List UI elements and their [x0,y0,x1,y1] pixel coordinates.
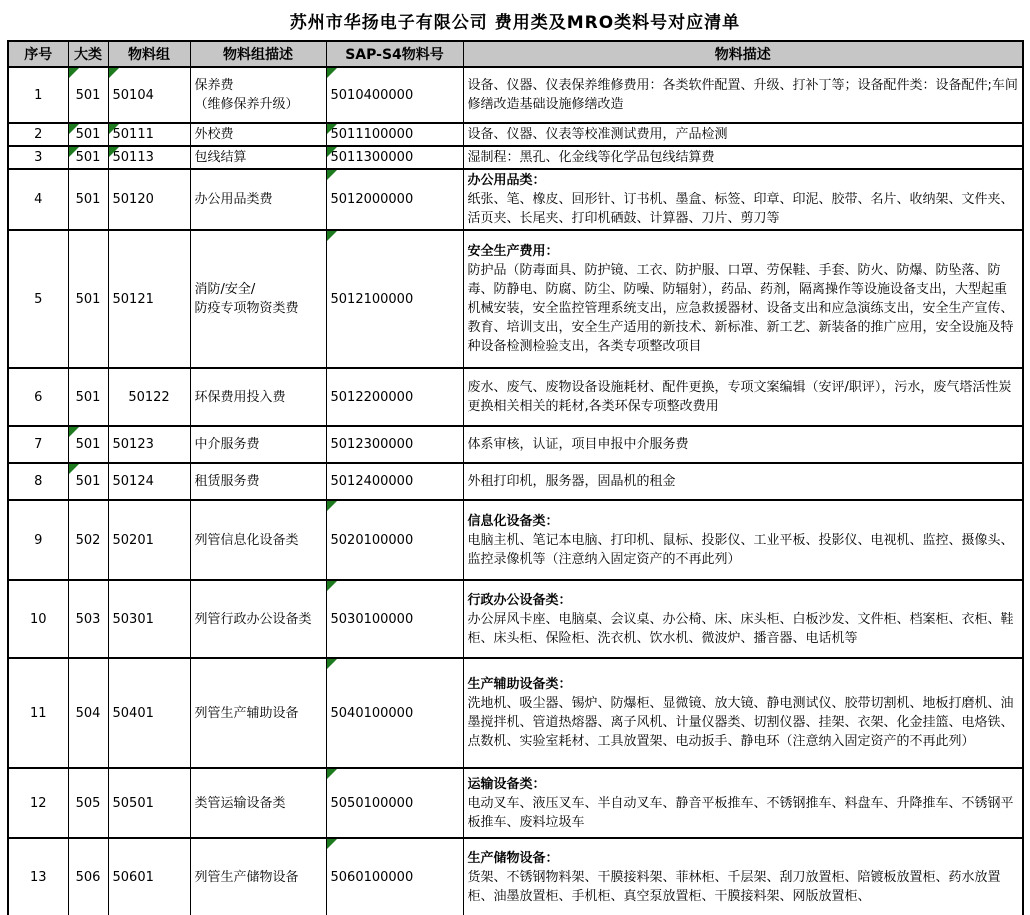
cell-sap-number[interactable]: 5060100000 [326,838,463,915]
cell-error-flag-icon [327,231,337,241]
cell-serial[interactable]: 6 [8,368,68,426]
material-desc-body: 办公屏风卡座、电脑桌、会议桌、办公椅、床、床头柜、白板沙发、文件柜、档案柜、衣柜… [468,610,1019,648]
cell-material-desc[interactable]: 湿制程：黑孔、化金线等化学品包线结算费 [463,146,1023,169]
cell-serial[interactable]: 8 [8,463,68,500]
cell-serial[interactable]: 13 [8,838,68,915]
cell-material-desc[interactable]: 生产储物设备：货架、不锈钢物料架、干膜接料架、菲林柜、千层架、刮刀放置柜、陪镀板… [463,838,1023,915]
material-desc-title: 安全生产费用： [468,242,1019,261]
cell-material-desc[interactable]: 设备、仪器、仪表保养维修费用：各类软件配置、升级、打补丁等；设备配件类：设备配件… [463,67,1023,123]
cell-sap-number[interactable]: 5011100000 [326,123,463,146]
cell-sap-number[interactable]: 5012100000 [326,230,463,368]
table-header-row: 序号 大类 物料组 物料组描述 SAP-S4物料号 物料描述 [8,41,1023,67]
table-row: 250150111外校费5011100000设备、仪器、仪表等校准测试费用，产品… [8,123,1023,146]
cell-group-desc[interactable]: 外校费 [190,123,326,146]
table-row: 550150121消防/安全/ 防疫专项物资类费5012100000安全生产费用… [8,230,1023,368]
col-header-serial: 序号 [8,41,68,67]
cell-group-desc[interactable]: 列管信息化设备类 [190,500,326,580]
cell-category[interactable]: 503 [68,580,108,658]
cell-sap-number[interactable]: 5012400000 [326,463,463,500]
cell-sap-number[interactable]: 5012300000 [326,426,463,463]
material-desc-body: 货架、不锈钢物料架、干膜接料架、菲林柜、千层架、刮刀放置柜、陪镀板放置柜、药水放… [468,868,1019,906]
cell-group-desc[interactable]: 办公用品类费 [190,169,326,230]
cell-sap-number[interactable]: 5012200000 [326,368,463,426]
table-row: 450150120办公用品类费5012000000办公用品类：纸张、笔、橡皮、回… [8,169,1023,230]
cell-sap-number[interactable]: 5020100000 [326,500,463,580]
cell-material-desc[interactable]: 安全生产费用：防护品（防毒面具、防护镜、工衣、防护服、口罩、劳保鞋、手套、防火、… [463,230,1023,368]
cell-serial[interactable]: 4 [8,169,68,230]
cell-group[interactable]: 50122 [108,368,190,426]
material-desc-body: 防护品（防毒面具、防护镜、工衣、防护服、口罩、劳保鞋、手套、防火、防爆、防坠落、… [468,261,1019,356]
table-row: 1250550501类管运输设备类5050100000运输设备类：电动叉车、液压… [8,768,1023,838]
cell-group-desc[interactable]: 包线结算 [190,146,326,169]
material-desc-title: 办公用品类： [468,171,1019,190]
table-row: 650150122环保费用投入费5012200000废水、废气、废物设备设施耗材… [8,368,1023,426]
page-title: 苏州市华扬电子有限公司 费用类及MRO类料号对应清单 [0,0,1030,40]
cell-material-desc[interactable]: 办公用品类：纸张、笔、橡皮、回形针、订书机、墨盒、标签、印章、印泥、胶带、名片、… [463,169,1023,230]
cell-category[interactable]: 505 [68,768,108,838]
cell-group[interactable]: 50113 [108,146,190,169]
cell-group[interactable]: 50121 [108,230,190,368]
cell-sap-number[interactable]: 5012000000 [326,169,463,230]
cell-category[interactable]: 502 [68,500,108,580]
material-desc-body: 外租打印机，服务器，固晶机的租金 [468,472,1019,491]
material-desc-body: 纸张、笔、橡皮、回形针、订书机、墨盒、标签、印章、印泥、胶带、名片、收纳架、文件… [468,190,1019,228]
cell-group-desc[interactable]: 中介服务费 [190,426,326,463]
cell-category[interactable]: 501 [68,426,108,463]
cell-error-flag-icon [69,427,79,437]
cell-group[interactable]: 50201 [108,500,190,580]
material-desc-title: 信息化设备类： [468,512,1019,531]
cell-error-flag-icon [327,769,337,779]
cell-serial[interactable]: 3 [8,146,68,169]
cell-category[interactable]: 501 [68,146,108,169]
table-row: 750150123中介服务费5012300000体系审核，认证，项目申报中介服务… [8,426,1023,463]
cell-error-flag-icon [69,147,79,157]
material-desc-body: 设备、仪器、仪表等校准测试费用，产品检测 [468,125,1019,144]
cell-group-desc[interactable]: 列管行政办公设备类 [190,580,326,658]
cell-group[interactable]: 50123 [108,426,190,463]
cell-error-flag-icon [327,839,337,849]
cell-group[interactable]: 50111 [108,123,190,146]
cell-category[interactable]: 501 [68,230,108,368]
cell-error-flag-icon [69,464,79,474]
cell-sap-number[interactable]: 5040100000 [326,658,463,768]
cell-material-desc[interactable]: 生产辅助设备类：洗地机、吸尘器、锡炉、防爆柜、显微镜、放大镜、静电测试仪、胶带切… [463,658,1023,768]
material-desc-body: 废水、废气、废物设备设施耗材、配件更换，专项文案编辑（安评/职评），污水，废气塔… [468,378,1019,416]
material-desc-body: 电动叉车、液压叉车、半自动叉车、静音平板推车、不锈钢推车、料盘车、升降推车、不锈… [468,794,1019,832]
cell-group[interactable]: 50124 [108,463,190,500]
table-row: 850150124租赁服务费5012400000外租打印机，服务器，固晶机的租金 [8,463,1023,500]
cell-serial[interactable]: 7 [8,426,68,463]
cell-serial[interactable]: 10 [8,580,68,658]
cell-sap-number[interactable]: 5050100000 [326,768,463,838]
col-header-group-desc: 物料组描述 [190,41,326,67]
cell-group-desc[interactable]: 列管生产辅助设备 [190,658,326,768]
cell-group-desc[interactable]: 租赁服务费 [190,463,326,500]
cell-material-desc[interactable]: 行政办公设备类：办公屏风卡座、电脑桌、会议桌、办公椅、床、床头柜、白板沙发、文件… [463,580,1023,658]
material-mapping-table: 序号 大类 物料组 物料组描述 SAP-S4物料号 物料描述 150150104… [7,40,1024,915]
cell-category[interactable]: 501 [68,463,108,500]
table-row: 1150450401列管生产辅助设备5040100000生产辅助设备类：洗地机、… [8,658,1023,768]
material-desc-body: 洗地机、吸尘器、锡炉、防爆柜、显微镜、放大镜、静电测试仪、胶带切割机、地板打磨机… [468,694,1019,751]
cell-group-desc[interactable]: 列管生产储物设备 [190,838,326,915]
material-desc-title: 运输设备类： [468,775,1019,794]
cell-error-flag-icon [327,68,337,78]
cell-category[interactable]: 506 [68,838,108,915]
cell-serial[interactable]: 9 [8,500,68,580]
cell-error-flag-icon [327,170,337,180]
cell-group-desc[interactable]: 环保费用投入费 [190,368,326,426]
cell-material-desc[interactable]: 外租打印机，服务器，固晶机的租金 [463,463,1023,500]
cell-error-flag-icon [327,659,337,669]
cell-group[interactable]: 50301 [108,580,190,658]
cell-error-flag-icon [109,68,119,78]
cell-category[interactable]: 501 [68,368,108,426]
cell-error-flag-icon [69,68,79,78]
material-desc-title: 生产辅助设备类： [468,675,1019,694]
cell-error-flag-icon [327,501,337,511]
cell-group-desc[interactable]: 保养费 （维修保养升级） [190,67,326,123]
col-header-category: 大类 [68,41,108,67]
material-desc-body: 电脑主机、笔记本电脑、打印机、鼠标、投影仪、工业平板、投影仪、电视机、监控、摄像… [468,531,1019,569]
table-row: 950250201列管信息化设备类5020100000信息化设备类：电脑主机、笔… [8,500,1023,580]
table-row: 1050350301列管行政办公设备类5030100000行政办公设备类：办公屏… [8,580,1023,658]
cell-group[interactable]: 50601 [108,838,190,915]
table-row: 150150104保养费 （维修保养升级）5010400000设备、仪器、仪表保… [8,67,1023,123]
table-row: 350150113包线结算5011300000湿制程：黑孔、化金线等化学品包线结… [8,146,1023,169]
cell-category[interactable]: 501 [68,169,108,230]
table-row: 1350650601列管生产储物设备5060100000生产储物设备：货架、不锈… [8,838,1023,915]
cell-category[interactable]: 504 [68,658,108,768]
material-desc-body: 设备、仪器、仪表保养维修费用：各类软件配置、升级、打补丁等；设备配件类：设备配件… [468,76,1019,114]
cell-error-flag-icon [327,147,337,157]
material-desc-title: 行政办公设备类： [468,591,1019,610]
cell-group-desc[interactable]: 类管运输设备类 [190,768,326,838]
cell-group[interactable]: 50501 [108,768,190,838]
cell-category[interactable]: 501 [68,123,108,146]
cell-error-flag-icon [109,124,119,134]
cell-group[interactable]: 50104 [108,67,190,123]
cell-sap-number[interactable]: 5010400000 [326,67,463,123]
cell-material-desc[interactable]: 废水、废气、废物设备设施耗材、配件更换，专项文案编辑（安评/职评），污水，废气塔… [463,368,1023,426]
col-header-material-desc: 物料描述 [463,41,1023,67]
cell-group-desc[interactable]: 消防/安全/ 防疫专项物资类费 [190,230,326,368]
cell-sap-number[interactable]: 5030100000 [326,580,463,658]
cell-serial[interactable]: 11 [8,658,68,768]
material-desc-body: 湿制程：黑孔、化金线等化学品包线结算费 [468,148,1019,167]
cell-serial[interactable]: 1 [8,67,68,123]
cell-material-desc[interactable]: 运输设备类：电动叉车、液压叉车、半自动叉车、静音平板推车、不锈钢推车、料盘车、升… [463,768,1023,838]
material-desc-title: 生产储物设备： [468,849,1019,868]
cell-serial[interactable]: 5 [8,230,68,368]
cell-error-flag-icon [327,124,337,134]
col-header-sap: SAP-S4物料号 [326,41,463,67]
cell-sap-number[interactable]: 5011300000 [326,146,463,169]
cell-material-desc[interactable]: 设备、仪器、仪表等校准测试费用，产品检测 [463,123,1023,146]
cell-serial[interactable]: 12 [8,768,68,838]
cell-category[interactable]: 501 [68,67,108,123]
material-desc-body: 体系审核，认证，项目申报中介服务费 [468,435,1019,454]
cell-group[interactable]: 50120 [108,169,190,230]
cell-material-desc[interactable]: 信息化设备类：电脑主机、笔记本电脑、打印机、鼠标、投影仪、工业平板、投影仪、电视… [463,500,1023,580]
cell-material-desc[interactable]: 体系审核，认证，项目申报中介服务费 [463,426,1023,463]
cell-group[interactable]: 50401 [108,658,190,768]
cell-error-flag-icon [327,581,337,591]
cell-error-flag-icon [69,124,79,134]
cell-error-flag-icon [109,147,119,157]
cell-serial[interactable]: 2 [8,123,68,146]
col-header-group: 物料组 [108,41,190,67]
